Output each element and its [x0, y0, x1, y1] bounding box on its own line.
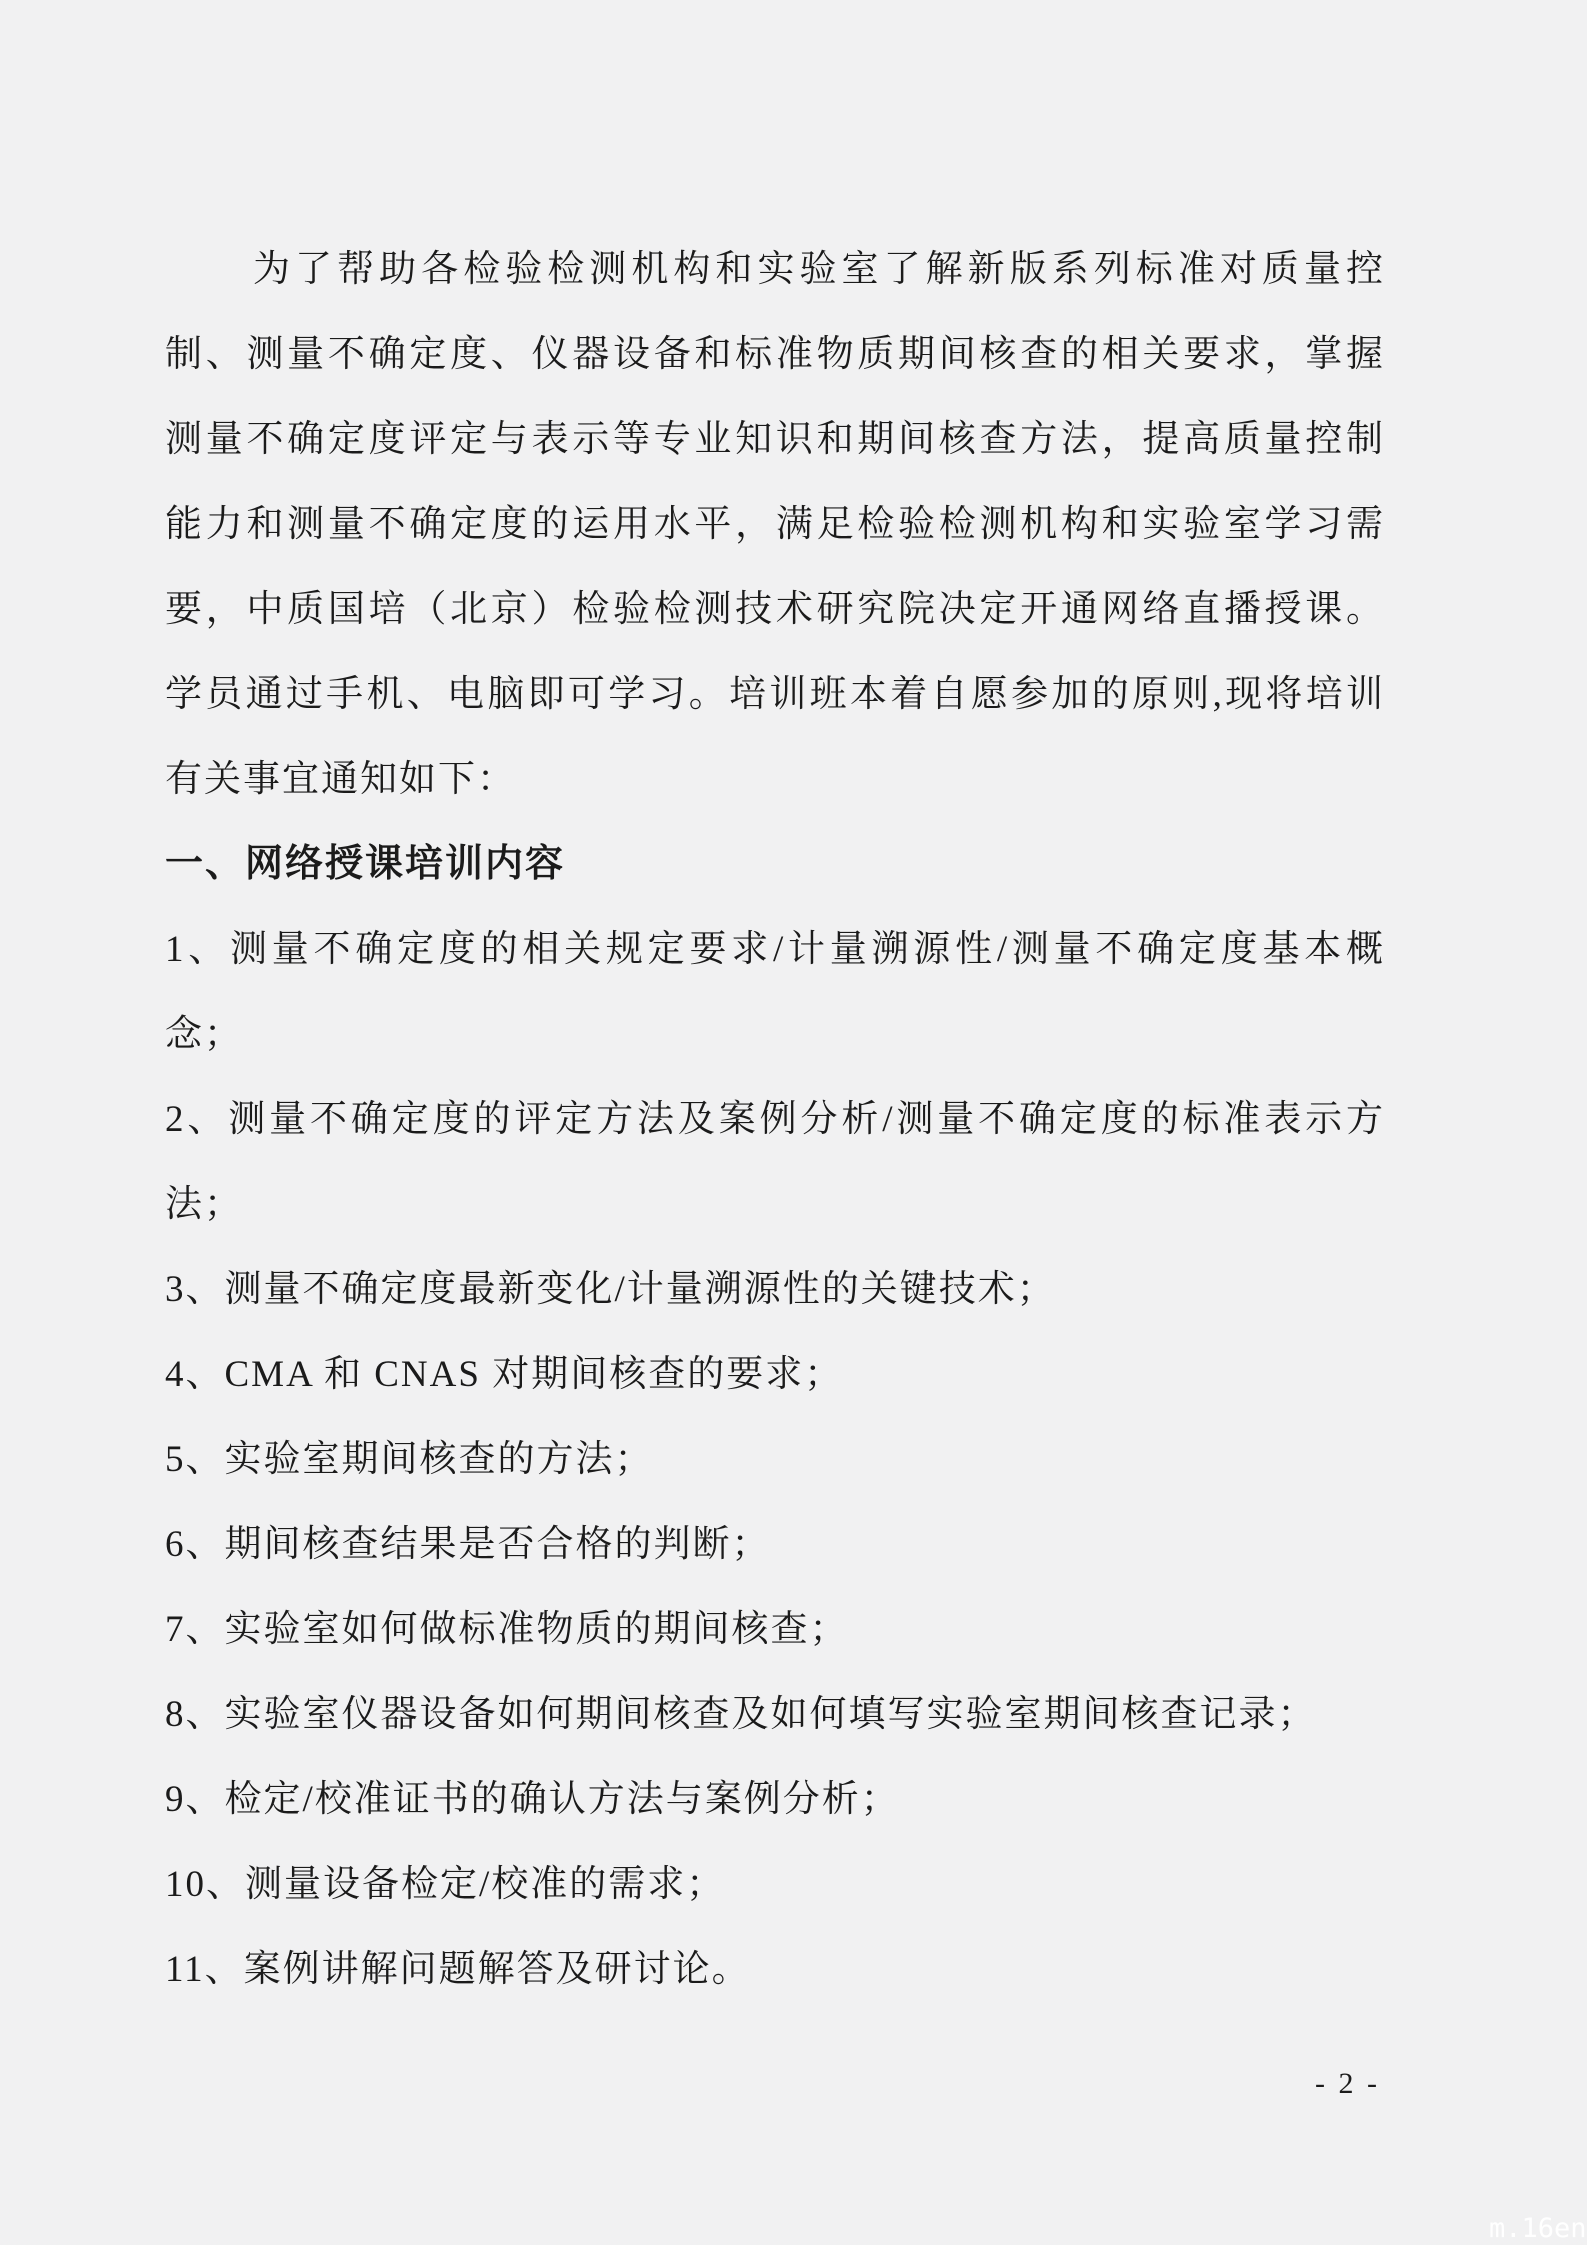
- page-number: - 2 -: [1315, 2064, 1380, 2104]
- document-body: 为了帮助各检验检测机构和实验室了解新版系列标准对质量控制、测量不确定度、仪器设备…: [165, 227, 1385, 2012]
- text-line: 要，中质国培（北京）检验检测技术研究院决定开通网络直播授课。: [165, 567, 1385, 652]
- text-line: 11、案例讲解问题解答及研讨论。: [165, 1927, 1385, 2012]
- text-line: 制、测量不确定度、仪器设备和标准物质期间核查的相关要求，掌握: [165, 312, 1385, 397]
- text-line: 4、CMA 和 CNAS 对期间核查的要求；: [165, 1332, 1385, 1417]
- text-line: 有关事宜通知如下：: [165, 737, 1385, 822]
- text-line: 念；: [165, 992, 1385, 1077]
- text-line: 能力和测量不确定度的运用水平，满足检验检测机构和实验室学习需: [165, 482, 1385, 567]
- text-line: 2、测量不确定度的评定方法及案例分析/测量不确定度的标准表示方: [165, 1077, 1385, 1162]
- text-line: 3、测量不确定度最新变化/计量溯源性的关键技术；: [165, 1247, 1385, 1332]
- text-line: 学员通过手机、电脑即可学习。培训班本着自愿参加的原则,现将培训: [165, 652, 1385, 737]
- text-line: 10、测量设备检定/校准的需求；: [165, 1842, 1385, 1927]
- text-line: 测量不确定度评定与表示等专业知识和期间核查方法，提高质量控制: [165, 397, 1385, 482]
- text-line: 1、测量不确定度的相关规定要求/计量溯源性/测量不确定度基本概: [165, 907, 1385, 992]
- text-line: 为了帮助各检验检测机构和实验室了解新版系列标准对质量控: [165, 227, 1385, 312]
- text-line: 7、实验室如何做标准物质的期间核查；: [165, 1587, 1385, 1672]
- text-line: 9、检定/校准证书的确认方法与案例分析；: [165, 1757, 1385, 1842]
- document-page: 为了帮助各检验检测机构和实验室了解新版系列标准对质量控制、测量不确定度、仪器设备…: [0, 0, 1587, 2245]
- section-heading: 一、网络授课培训内容: [165, 822, 1385, 907]
- text-line: 8、实验室仪器设备如何期间核查及如何填写实验室期间核查记录；: [165, 1672, 1385, 1757]
- text-line: 法；: [165, 1162, 1385, 1247]
- text-line: 5、实验室期间核查的方法；: [165, 1417, 1385, 1502]
- text-line: 6、期间核查结果是否合格的判断；: [165, 1502, 1385, 1587]
- watermark-text: m.16eng.com: [1489, 2214, 1587, 2244]
